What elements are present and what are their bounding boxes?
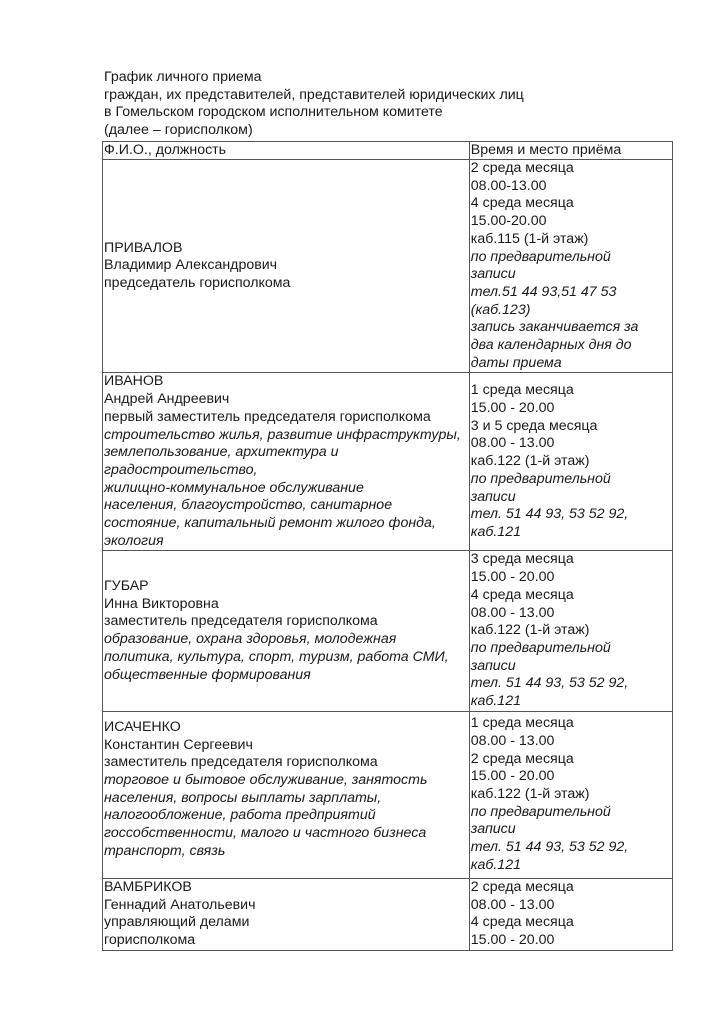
official-cell: ВАМБРИКОВГеннадий Анатольевичуправляющий… bbox=[103, 878, 470, 950]
schedule-line: записи bbox=[471, 489, 672, 507]
official-given-names: Владимир Александрович bbox=[104, 257, 469, 275]
title-line: (далее – горисполком) bbox=[104, 122, 524, 140]
schedule-line: каб.122 (1-й этаж) bbox=[471, 453, 672, 471]
table-row: ИВАНОВАндрей Андреевичпервый заместитель… bbox=[103, 373, 673, 551]
official-responsibilities: госсобственности, малого и частного бизн… bbox=[104, 825, 469, 843]
schedule-line: 15.00-20.00 bbox=[471, 213, 672, 231]
schedule-line: каб.121 bbox=[471, 524, 672, 542]
schedule-line: 08.00 - 13.00 bbox=[471, 733, 672, 751]
schedule-line: 4 среда месяца bbox=[471, 587, 672, 605]
official-responsibilities: образование, охрана здоровья, молодежная bbox=[104, 631, 469, 649]
table-row: ПРИВАЛОВВладимир Александровичпредседате… bbox=[103, 160, 673, 373]
schedule-line: 08.00 - 13.00 bbox=[471, 435, 672, 453]
title-line: граждан, их представителей, представител… bbox=[104, 87, 524, 105]
schedule-line: 08.00-13.00 bbox=[471, 178, 672, 196]
schedule-line: 2 среда месяца bbox=[471, 160, 672, 178]
schedule-line: тел. 51 44 93, 53 52 92, bbox=[471, 675, 672, 693]
title-line: График личного приема bbox=[104, 69, 524, 87]
official-responsibilities: жилищно-коммунальное обслуживание bbox=[104, 480, 469, 498]
official-position: заместитель председателя горисполкома bbox=[104, 613, 469, 631]
schedule-line: тел.51 44 93,51 47 53 bbox=[471, 284, 672, 302]
document-title: График личного приема граждан, их предст… bbox=[104, 69, 524, 139]
reception-time-cell: 2 среда месяца08.00 - 13.004 среда месяц… bbox=[469, 878, 672, 950]
official-responsibilities: состояние, капитальный ремонт жилого фон… bbox=[104, 515, 469, 533]
official-responsibilities: землепользование, архитектура и bbox=[104, 444, 469, 462]
schedule-line: каб.115 (1-й этаж) bbox=[471, 231, 672, 249]
table-row: ИСАЧЕНКОКонстантин Сергеевичзаместитель … bbox=[103, 711, 673, 878]
schedule-line: 15.00 - 20.00 bbox=[471, 569, 672, 587]
official-position: горисполкома bbox=[104, 932, 469, 950]
official-position: председатель горисполкома bbox=[104, 275, 469, 293]
schedule-line: 1 среда месяца bbox=[471, 382, 672, 400]
schedule-line: тел. 51 44 93, 53 52 92, bbox=[471, 839, 672, 857]
official-surname: ГУБАР bbox=[104, 578, 469, 596]
schedule-line: 1 среда месяца bbox=[471, 715, 672, 733]
title-line: в Гомельском городском исполнительном ко… bbox=[104, 104, 524, 122]
official-cell: ГУБАРИнна Викторовназаместитель председа… bbox=[103, 551, 470, 711]
column-header-name-position: Ф.И.О., должность bbox=[103, 142, 470, 160]
official-surname: ИСАЧЕНКО bbox=[104, 719, 469, 737]
official-cell: ПРИВАЛОВВладимир Александровичпредседате… bbox=[103, 160, 470, 373]
schedule-line: по предварительной bbox=[471, 804, 672, 822]
table-row: ВАМБРИКОВГеннадий Анатольевичуправляющий… bbox=[103, 878, 673, 950]
official-cell: ИСАЧЕНКОКонстантин Сергеевичзаместитель … bbox=[103, 711, 470, 878]
schedule-line: каб.122 (1-й этаж) bbox=[471, 622, 672, 640]
schedule-line: каб.122 (1-й этаж) bbox=[471, 786, 672, 804]
official-given-names: Константин Сергеевич bbox=[104, 737, 469, 755]
official-cell: ИВАНОВАндрей Андреевичпервый заместитель… bbox=[103, 373, 470, 551]
column-header-time-place: Время и место приёма bbox=[469, 142, 672, 160]
reception-time-cell: 2 среда месяца08.00-13.004 среда месяца1… bbox=[469, 160, 672, 373]
schedule-line: 15.00 - 20.00 bbox=[471, 400, 672, 418]
official-surname: ВАМБРИКОВ bbox=[104, 879, 469, 897]
official-responsibilities: градостроительство, bbox=[104, 462, 469, 480]
official-position: заместитель председателя горисполкома bbox=[104, 754, 469, 772]
official-responsibilities: населения, вопросы выплаты зарплаты, bbox=[104, 790, 469, 808]
schedule-line: 4 среда месяца bbox=[471, 195, 672, 213]
schedule-line: 15.00 - 20.00 bbox=[471, 932, 672, 950]
table-row: ГУБАРИнна Викторовназаместитель председа… bbox=[103, 551, 673, 711]
official-responsibilities: политика, культура, спорт, туризм, работ… bbox=[104, 649, 469, 667]
official-responsibilities: строительство жилья, развитие инфраструк… bbox=[104, 427, 469, 445]
official-responsibilities: налогообложение, работа предприятий bbox=[104, 807, 469, 825]
table-header-row: Ф.И.О., должность Время и место приёма bbox=[103, 142, 673, 160]
schedule-line: 15.00 - 20.00 bbox=[471, 768, 672, 786]
schedule-line: (каб.123) bbox=[471, 302, 672, 320]
schedule-line: 4 среда месяца bbox=[471, 914, 672, 932]
official-given-names: Инна Викторовна bbox=[104, 596, 469, 614]
official-surname: ИВАНОВ bbox=[104, 373, 469, 391]
schedule-line: по предварительной bbox=[471, 471, 672, 489]
schedule-line: 2 среда месяца bbox=[471, 751, 672, 769]
reception-time-cell: 1 среда месяца08.00 - 13.002 среда месяц… bbox=[469, 711, 672, 878]
schedule-line: 08.00 - 13.00 bbox=[471, 605, 672, 623]
official-responsibilities: общественные формирования bbox=[104, 667, 469, 685]
reception-time-cell: 1 среда месяца15.00 - 20.003 и 5 среда м… bbox=[469, 373, 672, 551]
reception-schedule-table: Ф.И.О., должность Время и место приёма П… bbox=[102, 141, 673, 951]
schedule-line: 3 и 5 среда месяца bbox=[471, 418, 672, 436]
official-position: управляющий делами bbox=[104, 914, 469, 932]
official-surname: ПРИВАЛОВ bbox=[104, 240, 469, 258]
schedule-line: по предварительной bbox=[471, 249, 672, 267]
official-responsibilities: транспорт, связь bbox=[104, 843, 469, 861]
schedule-line: каб.121 bbox=[471, 693, 672, 711]
official-position: первый заместитель председателя гориспол… bbox=[104, 409, 469, 427]
official-responsibilities: населения, благоустройство, санитарное bbox=[104, 497, 469, 515]
schedule-line: записи bbox=[471, 266, 672, 284]
schedule-line: запись заканчивается за bbox=[471, 319, 672, 337]
schedule-line: даты приема bbox=[471, 355, 672, 373]
schedule-line: 2 среда месяца bbox=[471, 879, 672, 897]
schedule-line: каб.121 bbox=[471, 857, 672, 875]
schedule-line: 08.00 - 13.00 bbox=[471, 897, 672, 915]
official-responsibilities: экология bbox=[104, 533, 469, 551]
official-given-names: Геннадий Анатольевич bbox=[104, 897, 469, 915]
schedule-line: тел. 51 44 93, 53 52 92, bbox=[471, 506, 672, 524]
official-given-names: Андрей Андреевич bbox=[104, 391, 469, 409]
schedule-line: по предварительной bbox=[471, 640, 672, 658]
schedule-line: два календарных дня до bbox=[471, 337, 672, 355]
schedule-line: 3 среда месяца bbox=[471, 551, 672, 569]
official-responsibilities: торговое и бытовое обслуживание, занятос… bbox=[104, 772, 469, 790]
schedule-line: записи bbox=[471, 821, 672, 839]
reception-time-cell: 3 среда месяца15.00 - 20.004 среда месяц… bbox=[469, 551, 672, 711]
schedule-line: записи bbox=[471, 658, 672, 676]
